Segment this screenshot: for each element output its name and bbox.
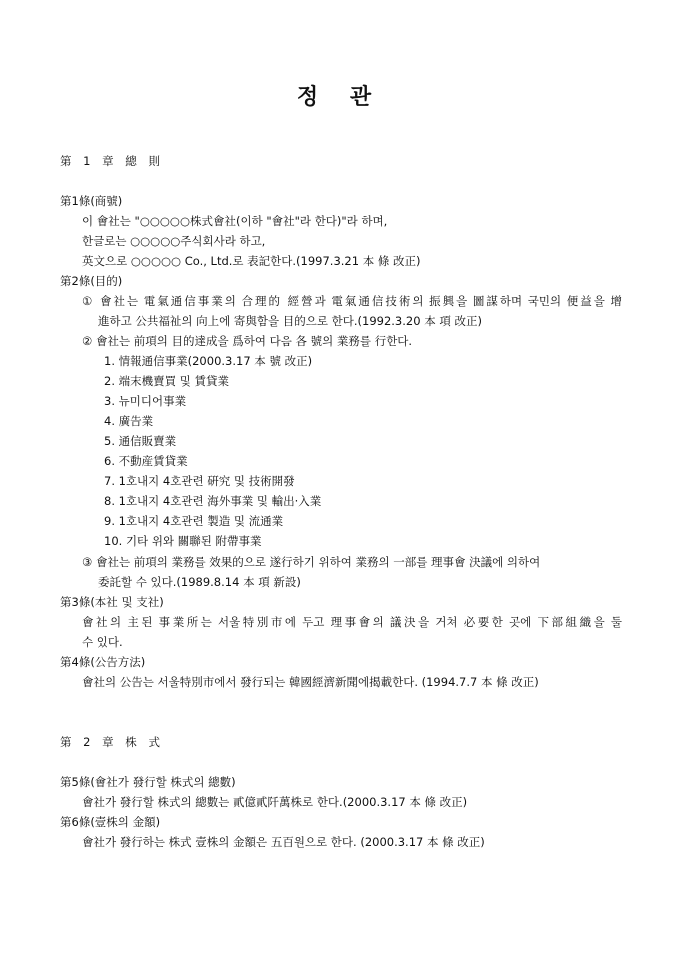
list-item: 7. 1호내지 4호관련 硏究 및 技術開發 <box>104 474 295 488</box>
article-heading: 第2條(目的) <box>60 274 122 288</box>
list-item: 1. 情報通信事業(2000.3.17 本 號 改正) <box>104 354 312 368</box>
article-heading: 第1條(商號) <box>60 194 122 208</box>
paragraph-line: ② 會社는 前項의 目的達成을 爲하여 다음 各 號의 業務를 行한다. <box>82 334 412 348</box>
article-line: 會社의 主된 事業所는 서울特別市에 두고 理事會의 議決을 거쳐 必要한 곳에… <box>82 615 622 629</box>
chapter-heading: 第 1 章 總 則 <box>60 154 161 168</box>
document-title: 정 관 <box>0 80 680 111</box>
list-item: 2. 端末機賣買 및 賃貸業 <box>104 374 229 388</box>
article-line: 이 會社는 "○○○○○株式會社(이하 "會社"라 한다)"라 하며, <box>82 214 387 228</box>
list-item: 9. 1호내지 4호관련 製造 및 流通業 <box>104 514 283 528</box>
chapter-heading: 第 2 章 株 式 <box>60 735 161 749</box>
article-line: 會社가 發行할 株式의 總數는 貳億貳阡萬株로 한다.(2000.3.17 本 … <box>82 795 467 809</box>
list-item: 6. 不動産賃貸業 <box>104 454 188 468</box>
list-item: 4. 廣告業 <box>104 414 153 428</box>
article-heading: 第6條(壹株의 金額) <box>60 815 160 829</box>
list-item: 10. 기타 위와 關聯된 附帶事業 <box>104 534 261 548</box>
list-item: 5. 通信販賣業 <box>104 434 176 448</box>
article-line: 會社의 公告는 서울特別市에서 發行되는 韓國經濟新聞에揭載한다. (1994.… <box>82 675 539 689</box>
paragraph-line: ① 會社는 電氣通信事業의 合理的 經營과 電氣通信技術의 振興을 圖謀하며 국… <box>82 294 622 308</box>
article-line: 한글로는 ○○○○○주식회사라 하고, <box>82 234 265 248</box>
article-heading: 第4條(公告方法) <box>60 655 145 669</box>
article-heading: 第3條(本社 및 支社) <box>60 595 164 609</box>
list-item: 3. 뉴미디어事業 <box>104 394 186 408</box>
article-line: 會社가 發行하는 株式 壹株의 金額은 五百원으로 한다. (2000.3.17… <box>82 835 485 849</box>
article-line: 수 있다. <box>82 635 123 649</box>
paragraph-line: ③ 會社는 前項의 業務를 效果的으로 遂行하기 위하여 業務의 一部를 理事會… <box>82 555 540 569</box>
article-line: 英文으로 ○○○○○ Co., Ltd.로 表記한다.(1997.3.21 本 … <box>82 254 421 268</box>
article-heading: 第5條(會社가 發行할 株式의 總數) <box>60 775 236 789</box>
paragraph-line: 委託할 수 있다.(1989.8.14 本 項 新設) <box>98 575 301 589</box>
paragraph-line: 進하고 公共福祉의 向上에 寄與함을 目的으로 한다.(1992.3.20 本 … <box>98 314 482 328</box>
list-item: 8. 1호내지 4호관련 海外事業 및 輸出·入業 <box>104 494 321 508</box>
document-page: 정 관 第 1 章 總 則 第1條(商號) 이 會社는 "○○○○○株式會社(이… <box>0 0 680 962</box>
